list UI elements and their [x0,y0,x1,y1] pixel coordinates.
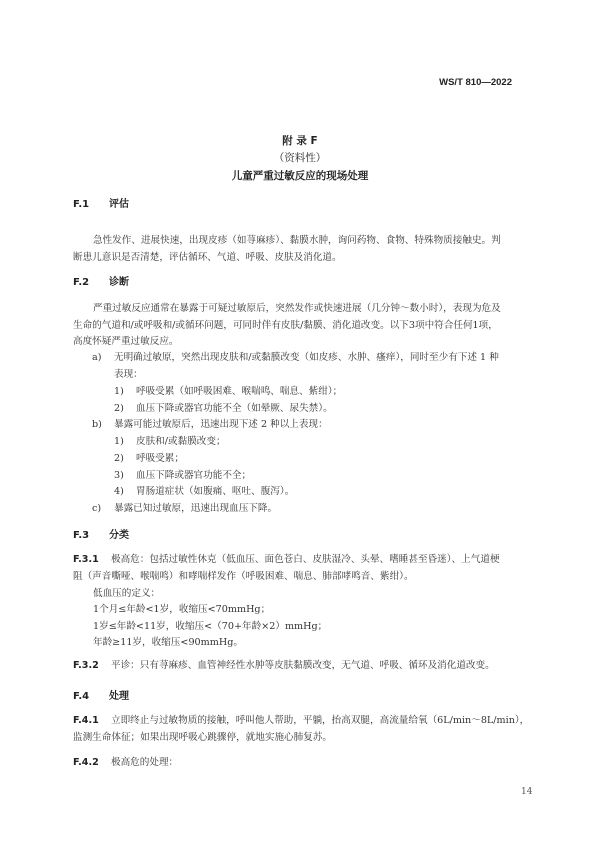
clause-number: F.3.1 [73,551,111,568]
sub-list-item: 呼吸受累（如呼吸困难、喉喘鸣、喘息、紫绀）； [136,383,342,400]
section-number: F.1 [73,199,109,210]
list-marker: a) [92,349,101,366]
section-title: 评估 [109,199,129,210]
list-marker: b) [92,416,102,433]
sub-list-item: 呼吸受累； [136,450,184,467]
clause-f3-1: F.3.1极高危：包括过敏性休克（低血压、面色苍白、皮肤湿冷、头晕、嗜睡甚至昏迷… [73,551,500,568]
hypotension-def: 1个月≤年龄<1岁，收缩压<70mmHg； [93,601,270,618]
clause-text: 极高危：包括过敏性休克（低血压、面色苍白、皮肤湿冷、头晕、嗜睡甚至昏迷）、上气道… [111,554,500,565]
section-title: 分类 [109,530,129,541]
annex-label: 附 录 F [0,133,600,148]
list-marker: 2) [114,450,124,467]
sub-list-item: 血压下降或器官功能不全（如晕厥、尿失禁）。 [136,400,333,417]
clause-text: 极高危的处理： [111,757,178,768]
paragraph-line: 生命的气道和/或呼吸和/或循环问题，可同时伴有皮肤/黏膜、消化道改变。以下3项中… [73,317,498,334]
list-marker: 1) [114,383,124,400]
hypotension-def: 年龄≥11岁，收缩压<90mmHg。 [93,634,243,651]
hypotension-def: 1岁≤年龄<11岁，收缩压<（70+年龄×2）mmHg； [93,618,327,635]
paragraph-line: 断患儿意识是否清楚，评估循环、气道、呼吸、皮肤及消化道。 [73,249,342,266]
section-title: 处理 [109,691,129,702]
section-number: F.2 [73,277,109,288]
clause-f3-2: F.3.2平诊：只有荨麻疹、血管神经性水肿等皮肤黏膜改变，无气道、呼吸、循环及消… [73,657,495,674]
annex-nature: （资料性） [0,150,600,165]
list-marker: 3) [114,467,124,484]
list-marker: 1) [114,433,124,450]
clause-number: F.4.1 [73,712,111,729]
paragraph-line: 高度怀疑严重过敏反应。 [73,333,179,350]
clause-f4-2: F.4.2极高危的处理： [73,754,178,771]
clause-text: 平诊：只有荨麻疹、血管神经性水肿等皮肤黏膜改变，无气道、呼吸、循环及消化道改变。 [111,660,495,671]
list-marker: c) [92,500,101,517]
paragraph-line: 阻（声音嘶哑、喉喘鸣）和哮喘样发作（呼吸困难、喘息、肺部哮鸣音、紫绀）。 [73,568,414,585]
hypotension-title: 低血压的定义： [93,585,160,602]
section-number: F.3 [73,530,109,541]
annex-title: 儿童严重过敏反应的现场处理 [0,168,600,183]
clause-number: F.4.2 [73,754,111,771]
document-page: WS/T 810—2022 附 录 F （资料性） 儿童严重过敏反应的现场处理 … [0,0,600,848]
sub-list-item: 皮肤和/或黏膜改变； [136,433,226,450]
paragraph-line: 急性发作、进展快速，出现皮疹（如荨麻疹）、黏膜水肿，询问药物、食物、特殊物质接触… [93,232,501,249]
paragraph-line: 严重过敏反应通常在暴露于可疑过敏原后，突然发作或快速进展（几分钟～数小时），表现… [93,300,501,317]
list-item-a-cont: 表现： [114,366,143,383]
section-heading-f4: F.4处理 [73,687,129,702]
standard-code: WS/T 810—2022 [439,77,512,88]
list-item-b: 暴露可能过敏原后，迅速出现下述 2 种以上表现： [114,416,328,433]
list-marker: 2) [114,400,124,417]
section-heading-f2: F.2诊断 [73,273,129,288]
paragraph-line: 监测生命体征；如果出现呼吸心跳骤停，就地实施心肺复苏。 [73,729,332,746]
section-number: F.4 [73,691,109,702]
clause-text: 立即终止与过敏物质的接触，呼叫他人帮助，平躺，抬高双腿，高流量给氧（6L/min… [111,715,529,726]
list-item-a: 无明确过敏原，突然出现皮肤和/或黏膜改变（如皮疹、水肿、瘙痒），同时至少有下述 … [114,349,499,366]
list-marker: 4) [114,483,124,500]
page-number: 14 [521,787,532,797]
section-heading-f3: F.3分类 [73,526,129,541]
sub-list-item: 血压下降或器官功能不全； [136,467,251,484]
sub-list-item: 胃肠道症状（如腹痛、呕吐、腹泻）。 [136,483,294,500]
clause-f4-1: F.4.1立即终止与过敏物质的接触，呼叫他人帮助，平躺，抬高双腿，高流量给氧（6… [73,712,529,729]
list-item-c: 暴露已知过敏原，迅速出现血压下降。 [114,500,277,517]
section-heading-f1: F.1评估 [73,195,129,210]
section-title: 诊断 [109,277,129,288]
clause-number: F.3.2 [73,657,111,674]
